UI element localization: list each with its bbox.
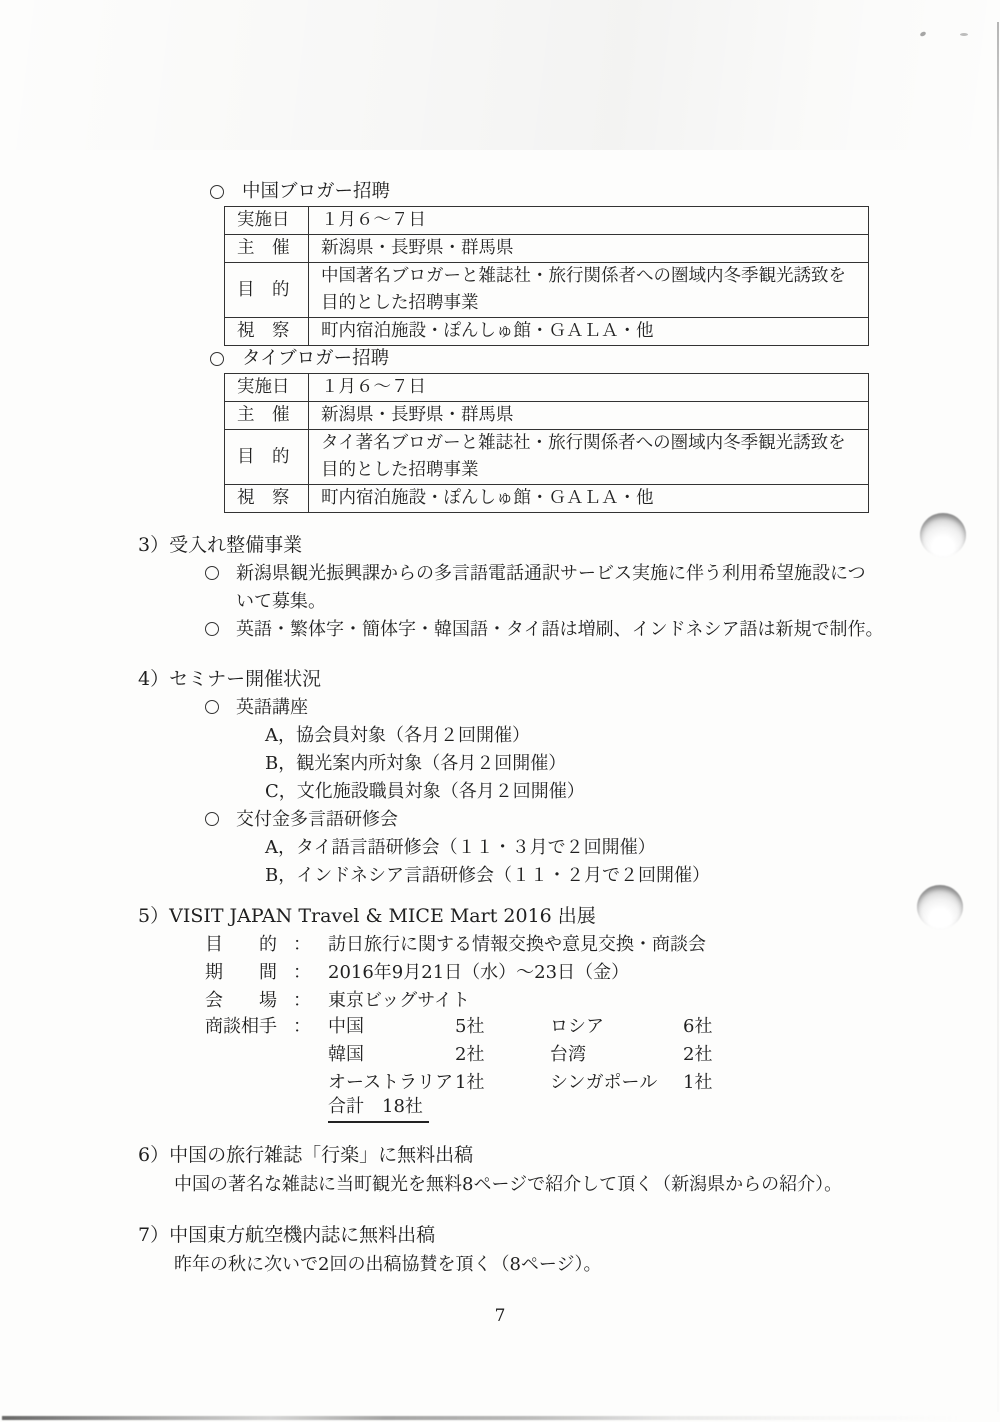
scan-speck bbox=[960, 33, 968, 36]
partner-row: オーストラリア 1社 シンガポール 1社 bbox=[328, 1070, 712, 1096]
partner-country: オーストラリア bbox=[328, 1070, 455, 1096]
table-row: 目 的 タイ著名ブロガーと雑誌社・旅行関係者への圏域内冬季観光誘致を目的とした招… bbox=[225, 430, 869, 485]
row-value: 町内宿泊施設・ぽんしゅ館・ＧＡＬＡ・他 bbox=[309, 485, 869, 513]
row-value: 町内宿泊施設・ぽんしゅ館・ＧＡＬＡ・他 bbox=[309, 318, 869, 346]
section-3-heading: 3）受入れ整備事業 bbox=[138, 532, 302, 558]
punch-hole-shadow bbox=[917, 885, 963, 929]
partner-row: 韓国 2社 台湾 2社 bbox=[328, 1042, 712, 1068]
bullet-text: 新潟県観光振興課からの多言語電話通訳サービス実施に伴う利用希望施設について募集。 bbox=[236, 560, 874, 616]
field-value: 2016年9月21日（水）～23日（金） bbox=[328, 960, 629, 986]
section-4-heading: 4）セミナー開催状況 bbox=[138, 666, 321, 692]
section-3-bullet-2: 英語・繁体字・簡体字・韓国語・タイ語は増刷、インドネシア語は新規で制作。 bbox=[205, 616, 883, 644]
china-blogger-heading: 中国ブロガー招聘 bbox=[210, 180, 390, 204]
colon: ： bbox=[293, 932, 328, 958]
field-value: 東京ビッグサイト bbox=[328, 988, 470, 1014]
seminar-item: B，観光案内所対象（各月２回開催） bbox=[265, 751, 566, 777]
table-row: 主 催 新潟県・長野県・群馬県 bbox=[225, 235, 869, 263]
section-number: 3） bbox=[138, 534, 169, 556]
field-label: 会 場 bbox=[205, 988, 293, 1014]
section-4-group-2-heading: 交付金多言語研修会 bbox=[205, 806, 398, 834]
row-value: タイ著名ブロガーと雑誌社・旅行関係者への圏域内冬季観光誘致を目的とした招聘事業 bbox=[309, 430, 869, 485]
section-title: セミナー開催状況 bbox=[169, 668, 321, 690]
venue-row: 会 場 ： 東京ビッグサイト bbox=[205, 988, 470, 1014]
circle-bullet-icon bbox=[210, 185, 224, 199]
section-3-bullet-1: 新潟県観光振興課からの多言語電話通訳サービス実施に伴う利用希望施設について募集。 bbox=[205, 560, 874, 616]
circle-bullet-icon bbox=[210, 352, 224, 366]
section-number: 7） bbox=[138, 1224, 169, 1246]
table-row: 実施日 １月６～７日 bbox=[225, 207, 869, 235]
section-number: 6） bbox=[138, 1144, 169, 1166]
china-blogger-table: 実施日 １月６～７日 主 催 新潟県・長野県・群馬県 目 的 中国著名ブロガーと… bbox=[224, 206, 869, 346]
row-label: 主 催 bbox=[225, 402, 309, 430]
section-title: 中国の旅行雑誌「行楽」に無料出稿 bbox=[169, 1144, 473, 1166]
bottom-scan-smudge bbox=[2, 1416, 960, 1420]
circle-bullet-icon bbox=[205, 622, 219, 636]
section-4-group-1-heading: 英語講座 bbox=[205, 694, 308, 722]
section-7-body: 昨年の秋に次いで2回の出稿協賛を頂く（8ページ）。 bbox=[174, 1251, 602, 1279]
thai-blogger-table: 実施日 １月６～７日 主 催 新潟県・長野県・群馬県 目 的 タイ著名ブロガーと… bbox=[224, 373, 869, 513]
row-value: 新潟県・長野県・群馬県 bbox=[309, 402, 869, 430]
field-label: 目 的 bbox=[205, 932, 293, 958]
punch-hole-shadow bbox=[920, 513, 966, 557]
group-title: 英語講座 bbox=[236, 694, 308, 722]
circle-bullet-icon bbox=[205, 700, 219, 714]
partner-row: 中国 5社 ロシア 6社 bbox=[328, 1014, 712, 1040]
seminar-item: C，文化施設職員対象（各月２回開催） bbox=[265, 779, 585, 805]
row-label: 視 察 bbox=[225, 318, 309, 346]
seminar-item: A，タイ語言語研修会（１１・３月で２回開催） bbox=[265, 835, 656, 861]
partner-count: 1社 bbox=[683, 1070, 712, 1096]
group-title: 交付金多言語研修会 bbox=[236, 806, 398, 834]
partners-label-row: 商談相手 ： bbox=[205, 1014, 328, 1040]
row-label: 目 的 bbox=[225, 263, 309, 318]
section-title: 中国東方航空機内誌に無料出稿 bbox=[169, 1224, 435, 1246]
row-value: １月６～７日 bbox=[309, 207, 869, 235]
section-6-heading: 6）中国の旅行雑誌「行楽」に無料出稿 bbox=[138, 1142, 473, 1168]
scanned-document-page: 中国ブロガー招聘 実施日 １月６～７日 主 催 新潟県・長野県・群馬県 目 的 … bbox=[0, 0, 1000, 1422]
colon: ： bbox=[293, 988, 328, 1014]
partner-count: 2社 bbox=[683, 1042, 712, 1068]
seminar-item: A，協会員対象（各月２回開催） bbox=[265, 723, 530, 749]
row-value: 中国著名ブロガーと雑誌社・旅行関係者への圏域内冬季観光誘致を目的とした招聘事業 bbox=[309, 263, 869, 318]
partners-total: 合計 18社 bbox=[328, 1095, 429, 1123]
bullet-text: 英語・繁体字・簡体字・韓国語・タイ語は増刷、インドネシア語は新規で制作。 bbox=[236, 616, 883, 644]
partner-count: 5社 bbox=[455, 1014, 550, 1040]
partner-country: ロシア bbox=[550, 1014, 683, 1040]
circle-bullet-icon bbox=[205, 566, 219, 580]
china-blogger-title: 中国ブロガー招聘 bbox=[242, 180, 390, 204]
partner-count: 1社 bbox=[455, 1070, 550, 1096]
purpose-row: 目 的 ： 訪日旅行に関する情報交換や意見交換・商談会 bbox=[205, 932, 706, 958]
section-6-body: 中国の著名な雑誌に当町観光を無料8ページで紹介して頂く（新潟県からの紹介）。 bbox=[174, 1171, 842, 1199]
row-label: 目 的 bbox=[225, 430, 309, 485]
row-value: １月６～７日 bbox=[309, 374, 869, 402]
section-5-heading: 5）VISIT JAPAN Travel & MICE Mart 2016 出展 bbox=[138, 903, 596, 929]
field-label: 商談相手 bbox=[205, 1014, 293, 1040]
row-value: 新潟県・長野県・群馬県 bbox=[309, 235, 869, 263]
partner-country: 韓国 bbox=[328, 1042, 455, 1068]
section-number: 5） bbox=[138, 905, 169, 927]
partner-country: 中国 bbox=[328, 1014, 455, 1040]
section-title: VISIT JAPAN Travel & MICE Mart 2016 出展 bbox=[169, 905, 596, 927]
row-label: 実施日 bbox=[225, 207, 309, 235]
section-7-heading: 7）中国東方航空機内誌に無料出稿 bbox=[138, 1222, 435, 1248]
field-label: 期 間 bbox=[205, 960, 293, 986]
partner-country: シンガポール bbox=[550, 1070, 683, 1096]
table-row: 目 的 中国著名ブロガーと雑誌社・旅行関係者への圏域内冬季観光誘致を目的とした招… bbox=[225, 263, 869, 318]
table-row: 視 察 町内宿泊施設・ぽんしゅ館・ＧＡＬＡ・他 bbox=[225, 485, 869, 513]
colon: ： bbox=[293, 1014, 328, 1040]
section-title: 受入れ整備事業 bbox=[169, 534, 302, 556]
seminar-item: B，インドネシア言語研修会（１１・２月で２回開催） bbox=[265, 863, 710, 889]
thai-blogger-title: タイブロガー招聘 bbox=[242, 347, 389, 371]
field-value: 訪日旅行に関する情報交換や意見交換・商談会 bbox=[328, 932, 706, 958]
colon: ： bbox=[293, 960, 328, 986]
period-row: 期 間 ： 2016年9月21日（水）～23日（金） bbox=[205, 960, 629, 986]
page-number: 7 bbox=[0, 1306, 1000, 1326]
partner-count: 2社 bbox=[455, 1042, 550, 1068]
scan-shadow bbox=[0, 0, 1000, 150]
table-row: 視 察 町内宿泊施設・ぽんしゅ館・ＧＡＬＡ・他 bbox=[225, 318, 869, 346]
table-row: 主 催 新潟県・長野県・群馬県 bbox=[225, 402, 869, 430]
row-label: 主 催 bbox=[225, 235, 309, 263]
row-label: 実施日 bbox=[225, 374, 309, 402]
partner-count: 6社 bbox=[683, 1014, 712, 1040]
scan-edge-line bbox=[997, 22, 999, 1412]
partner-country: 台湾 bbox=[550, 1042, 683, 1068]
circle-bullet-icon bbox=[205, 812, 219, 826]
table-row: 実施日 １月６～７日 bbox=[225, 374, 869, 402]
row-label: 視 察 bbox=[225, 485, 309, 513]
section-number: 4） bbox=[138, 668, 169, 690]
thai-blogger-heading: タイブロガー招聘 bbox=[210, 347, 389, 371]
